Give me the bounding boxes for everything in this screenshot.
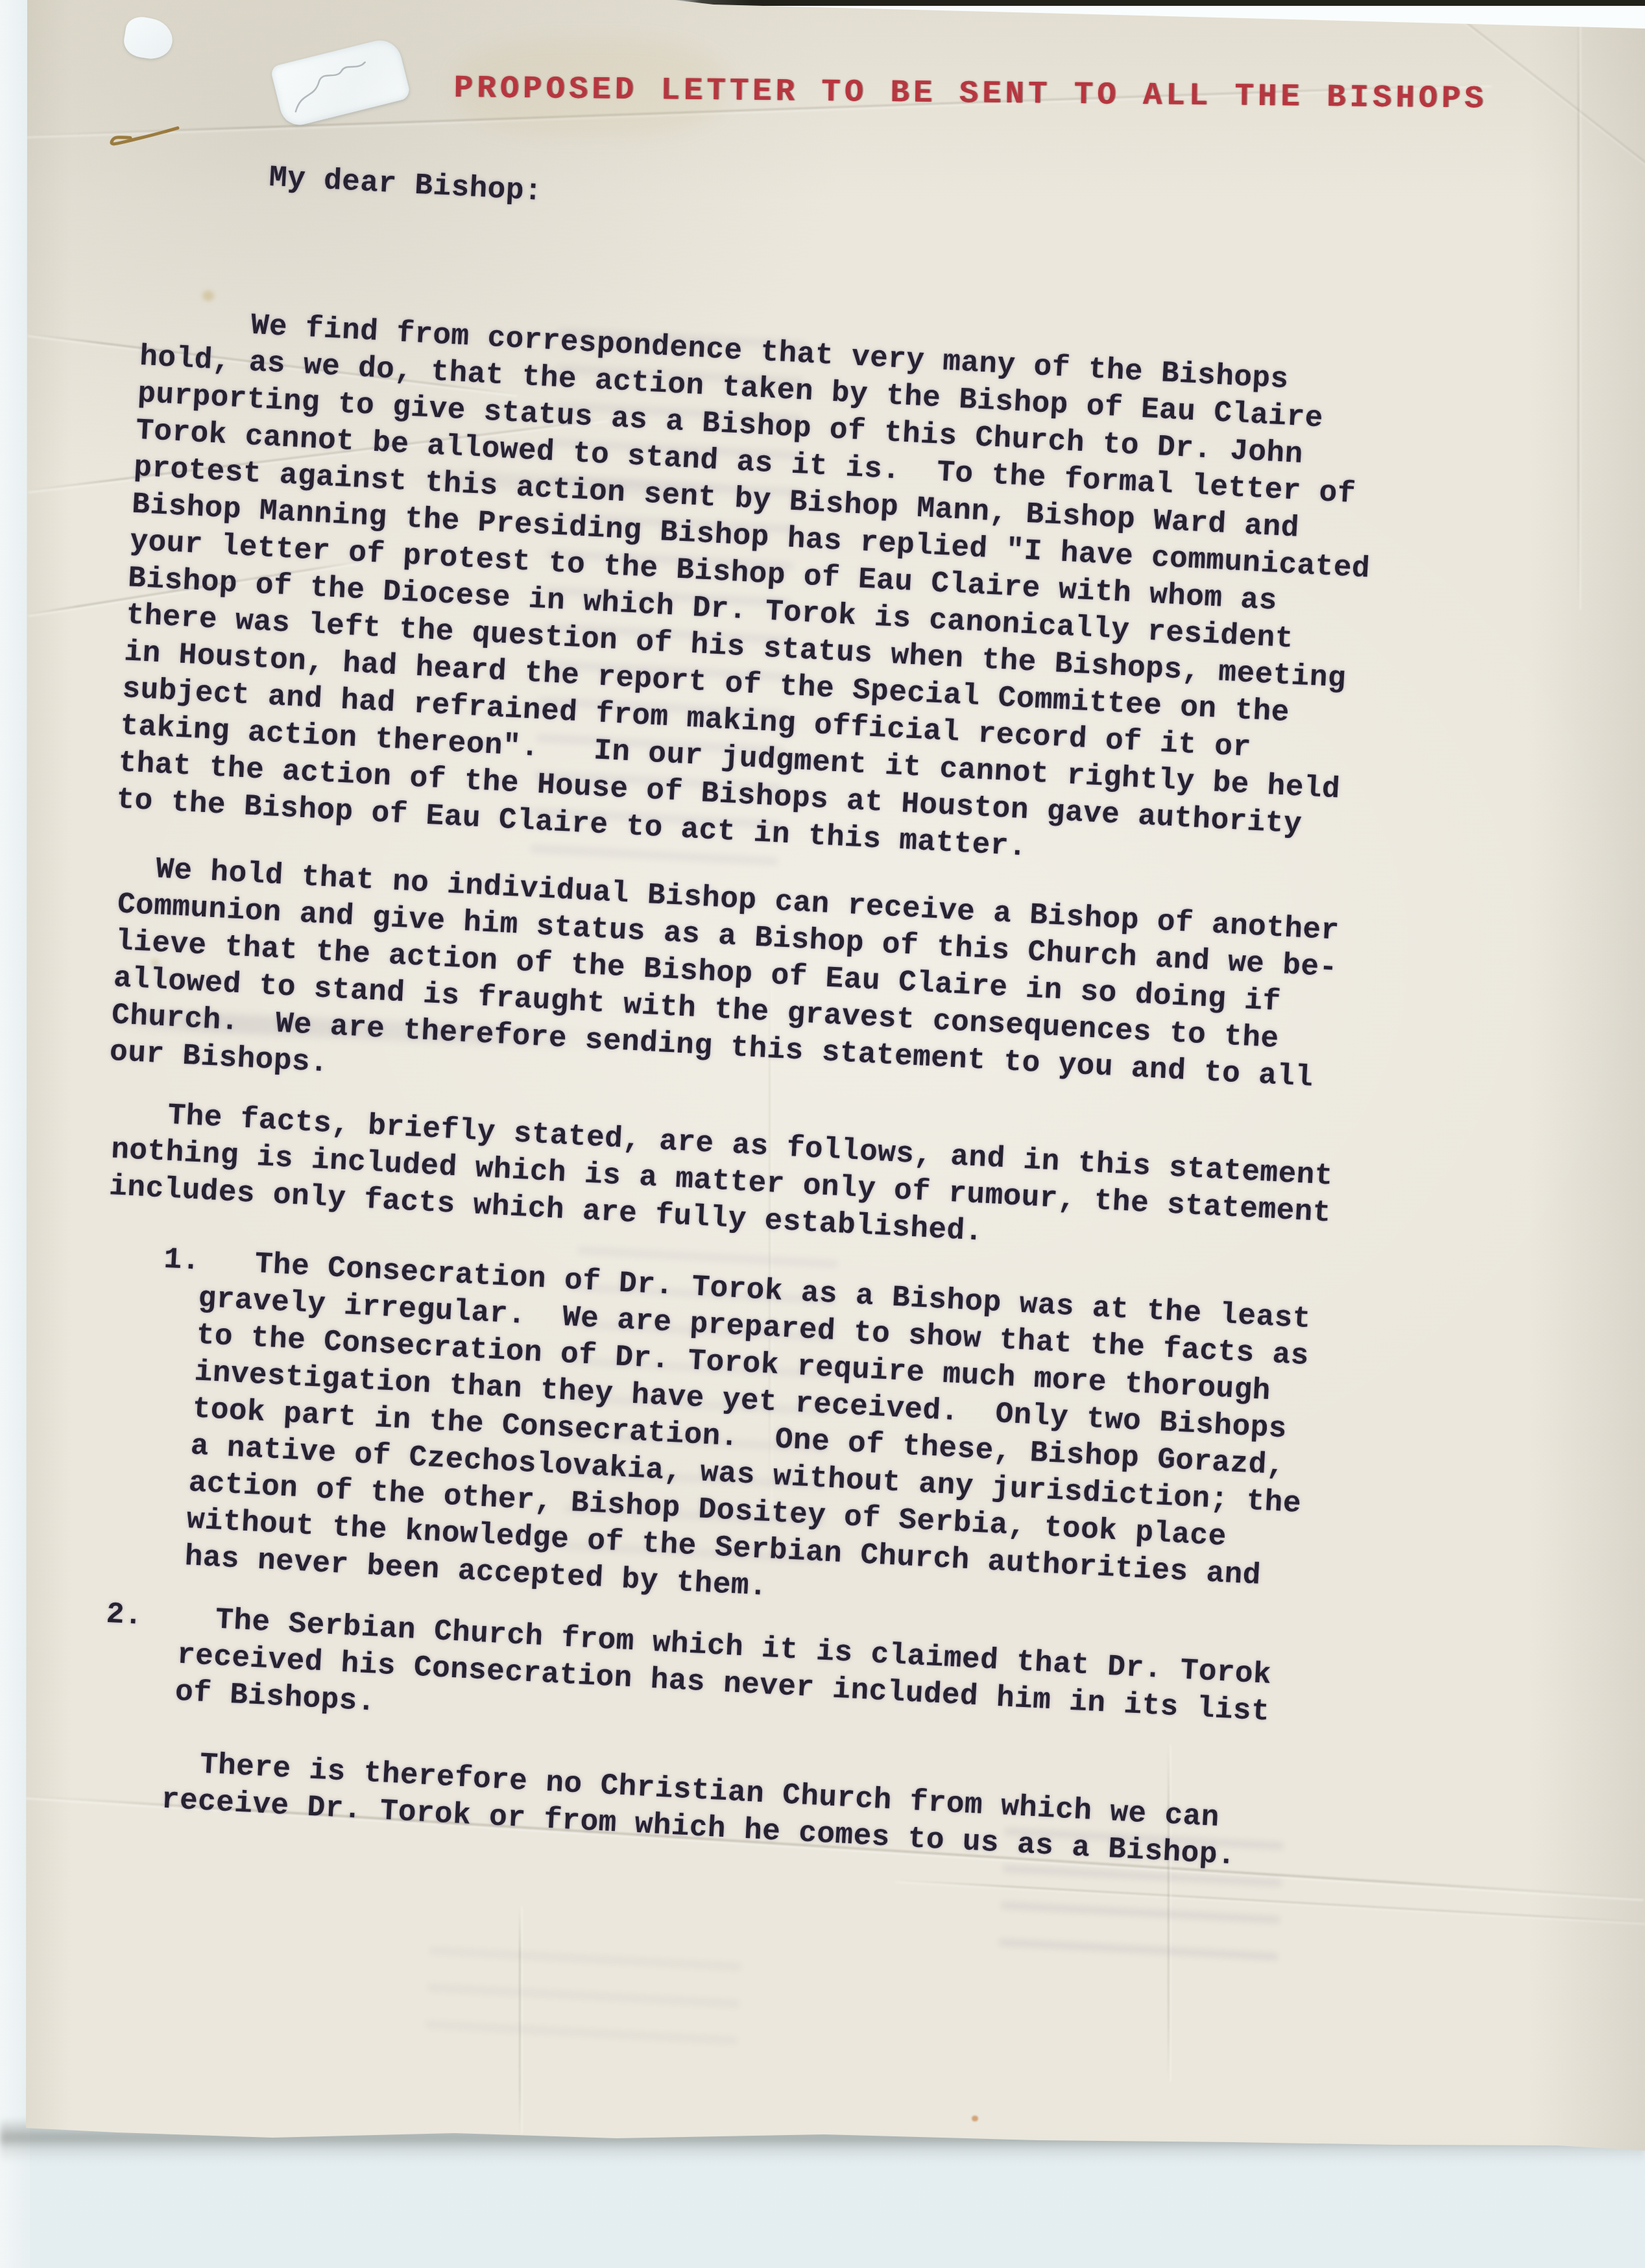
paper-sheet: PROPOSED LETTER TO BE SENT TO ALL THE BI… — [0, 0, 1645, 2268]
scan-top-edge-line — [662, 0, 1645, 6]
paragraph: We find from correspondence that very ma… — [115, 302, 1542, 892]
pen-strikethrough-mark — [78, 115, 197, 157]
paper-tear-mark — [122, 15, 176, 62]
tape-remnant — [270, 36, 411, 128]
salutation-struck-word: My — [269, 161, 307, 197]
salutation-text: dear Bishop: — [305, 163, 544, 209]
salutation-line: My dear Bishop: — [54, 112, 1552, 337]
paragraph: We hold that no individual Bishop can re… — [109, 849, 1513, 1143]
scanned-letter-page: PROPOSED LETTER TO BE SENT TO ALL THE BI… — [0, 0, 1645, 2268]
paper-stain — [972, 2116, 978, 2121]
typed-text-block: My dear Bishop: We find from corresponde… — [0, 112, 1552, 1887]
ink-bleedthrough-smudge — [426, 1931, 741, 2045]
pencil-scribble-icon — [278, 47, 391, 122]
paper-crease — [1578, 0, 1579, 610]
numbered-list-item: 1. The Consecration of Dr. Torok as a Bi… — [147, 1241, 1493, 1643]
scanner-bed-left — [0, 0, 30, 2268]
